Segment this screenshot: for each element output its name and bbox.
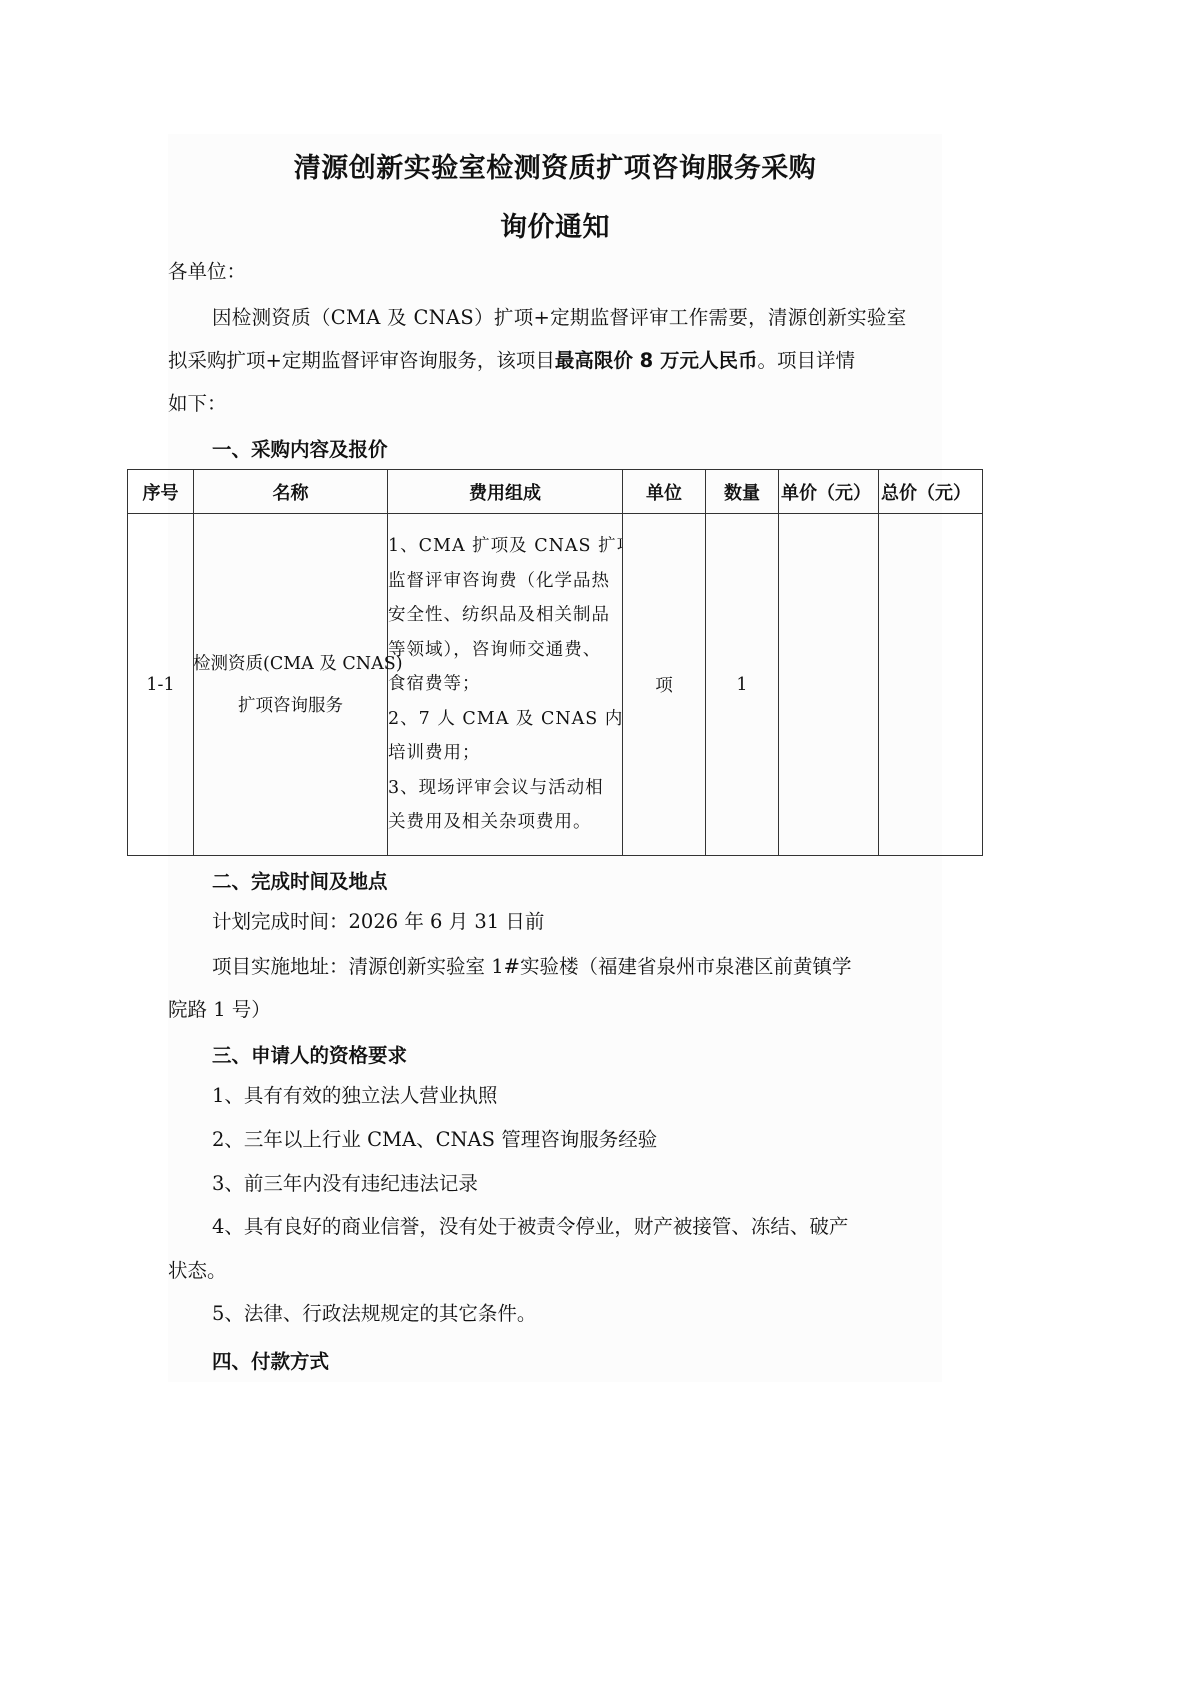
quote-table: 序号 名称 费用组成 单位 数量 单价（元） 总价（元） 1-1 检测资质(CM…	[127, 469, 983, 856]
document-subtitle: 询价通知	[168, 205, 942, 244]
intro-text-end: 。项目详情	[758, 349, 856, 372]
requirement-item: 4、具有良好的商业信誉，没有处于被责令停业，财产被接管、冻结、破产	[212, 1213, 848, 1241]
col-header-cost: 费用组成	[388, 470, 623, 514]
cell-cost-breakdown: 1、CMA 扩项及 CNAS 扩项+ 监督评审咨询费（化学品热 安全性、纺织品及…	[388, 514, 623, 856]
requirement-item: 2、三年以上行业 CMA、CNAS 管理咨询服务经验	[212, 1126, 657, 1154]
col-header-unit: 单位	[623, 470, 706, 514]
cell-total-price[interactable]	[879, 514, 983, 856]
col-header-quantity: 数量	[706, 470, 779, 514]
requirement-item-continued: 状态。	[168, 1257, 227, 1285]
cost-line: 食宿费等；	[388, 667, 622, 702]
address-line-1: 项目实施地址：清源创新实验室 1#实验楼（福建省泉州市泉港区前黄镇学	[212, 953, 851, 981]
cost-line: 3、现场评审会议与活动相	[388, 771, 622, 806]
cost-line: 1、CMA 扩项及 CNAS 扩项+	[388, 529, 622, 564]
cell-name: 检测资质(CMA 及 CNAS) 扩项咨询服务	[194, 514, 388, 856]
address-line-2: 院路 1 号）	[168, 996, 271, 1024]
table-header-row: 序号 名称 费用组成 单位 数量 单价（元） 总价（元）	[128, 470, 983, 514]
price-cap: 最高限价 8 万元人民币	[555, 349, 758, 372]
intro-text: 拟采购扩项+定期监督评审咨询服务，该项目	[168, 349, 555, 372]
cost-line: 关费用及相关杂项费用。	[388, 805, 622, 840]
cost-line: 2、7 人 CMA 及 CNAS 内审员	[388, 702, 622, 737]
section-1-heading: 一、采购内容及报价	[212, 434, 388, 462]
section-2-heading: 二、完成时间及地点	[212, 866, 388, 894]
requirement-item: 1、具有有效的独立法人营业执照	[212, 1082, 497, 1110]
intro-line-2: 拟采购扩项+定期监督评审咨询服务，该项目最高限价 8 万元人民币。项目详情	[168, 347, 855, 375]
cell-quantity: 1	[706, 514, 779, 856]
table-row: 1-1 检测资质(CMA 及 CNAS) 扩项咨询服务 1、CMA 扩项及 CN…	[128, 514, 983, 856]
cost-line: 培训费用；	[388, 736, 622, 771]
document-title: 清源创新实验室检测资质扩项咨询服务采购	[168, 146, 942, 185]
section-3-heading: 三、申请人的资格要求	[212, 1040, 407, 1068]
name-line-1: 检测资质(CMA 及 CNAS)	[193, 643, 387, 685]
cell-unit: 项	[623, 514, 706, 856]
requirement-item: 3、前三年内没有违纪违法记录	[212, 1170, 478, 1198]
cost-line: 等领域），咨询师交通费、	[388, 633, 622, 668]
col-header-total-price: 总价（元）	[879, 470, 983, 514]
cost-line: 监督评审咨询费（化学品热	[388, 564, 622, 599]
completion-time: 计划完成时间：2026 年 6 月 31 日前	[212, 908, 544, 936]
col-header-name: 名称	[194, 470, 388, 514]
name-line-2: 扩项咨询服务	[194, 685, 387, 727]
col-header-unit-price: 单价（元）	[779, 470, 879, 514]
intro-line-1: 因检测资质（CMA 及 CNAS）扩项+定期监督评审工作需要，清源创新实验室	[212, 304, 907, 332]
intro-line-3: 如下：	[168, 390, 227, 418]
salutation: 各单位：	[168, 258, 246, 286]
section-4-heading: 四、付款方式	[212, 1346, 329, 1374]
requirement-item: 5、法律、行政法规规定的其它条件。	[212, 1300, 536, 1328]
cell-unit-price[interactable]	[779, 514, 879, 856]
cost-line: 安全性、纺织品及相关制品	[388, 598, 622, 633]
cell-no: 1-1	[128, 514, 194, 856]
col-header-no: 序号	[128, 470, 194, 514]
